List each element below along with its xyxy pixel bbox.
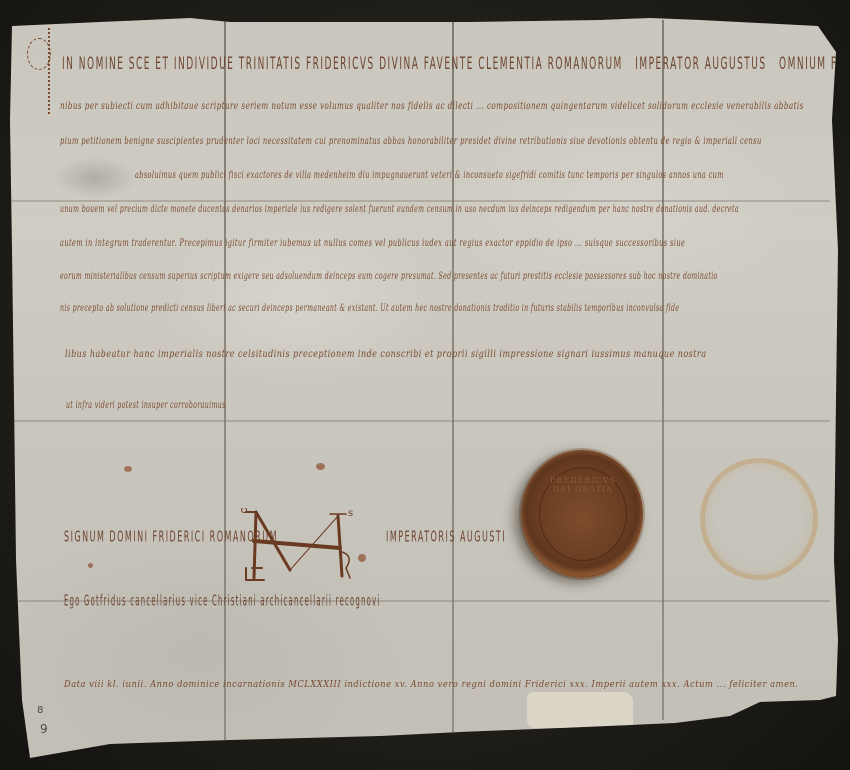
pencil-mark: 8 [37,705,43,716]
header-part-2: IMPERATOR AUGUSTUS [635,56,766,75]
charter-text-line-3: absoluimus quem publici fisci exactores … [135,170,724,181]
charter-text-line-5: autem in integrum traderentur. Precepimu… [60,238,685,249]
charter-text-line-2: pium petitionem benigne suscipientes pru… [60,136,762,147]
charter-text-line-9: ut infra videri potest insuper corrobora… [66,400,226,411]
imperial-monogram-icon: s [238,508,358,588]
vertical-fold-line [224,20,226,740]
horizontal-fold-line [10,420,830,422]
vertical-fold-line [662,20,664,720]
horizontal-fold-line [10,200,830,202]
charter-text-line-8: libus habeatur hanc imperialis nostre ce… [65,349,706,360]
seal-legend: FREDERICVS DEI GRATIA [540,476,626,494]
pencil-mark: 9 [40,722,48,736]
vertical-fold-line [452,20,454,732]
charter-text-line-7: nis precepto ab solutione predicti censu… [60,303,679,314]
signum-line-right: IMPERATORIS AUGUSTI [386,528,506,545]
recognition-line: Ego Gotfridus cancellarius vice Christia… [64,592,381,609]
charter-text-line-1: nibus per subiecti cum adhibitaue script… [60,101,804,112]
svg-text:s: s [348,508,353,519]
dating-line: Data viii kl. iunii. Anno dominice incar… [64,680,799,690]
chrismon-stem-icon [48,28,50,116]
ink-stain [88,563,93,568]
wax-seal: FREDERICVS DEI GRATIA [521,450,643,578]
seal-face: FREDERICVS DEI GRATIA [539,467,627,561]
parchment-repair-patch [527,692,633,728]
header-part-1: IN NOMINE SCE ET INDIVIDUE TRINITATIS FR… [62,56,623,75]
ink-stain [316,463,325,470]
parchment-sheet: IN NOMINE SCE ET INDIVIDUE TRINITATIS FR… [0,0,850,770]
faded-seal-ring [700,458,818,580]
charter-text-line-4: unum bouem vel precium dicte monete duce… [60,204,739,215]
ink-stain [358,554,366,562]
charter-text-line-6: eorum ministerialibus censum superius sc… [60,271,718,282]
ink-stain [124,466,132,472]
charter-header-elongated: IN NOMINE SCE ET INDIVIDUE TRINITATIS FR… [62,56,850,75]
